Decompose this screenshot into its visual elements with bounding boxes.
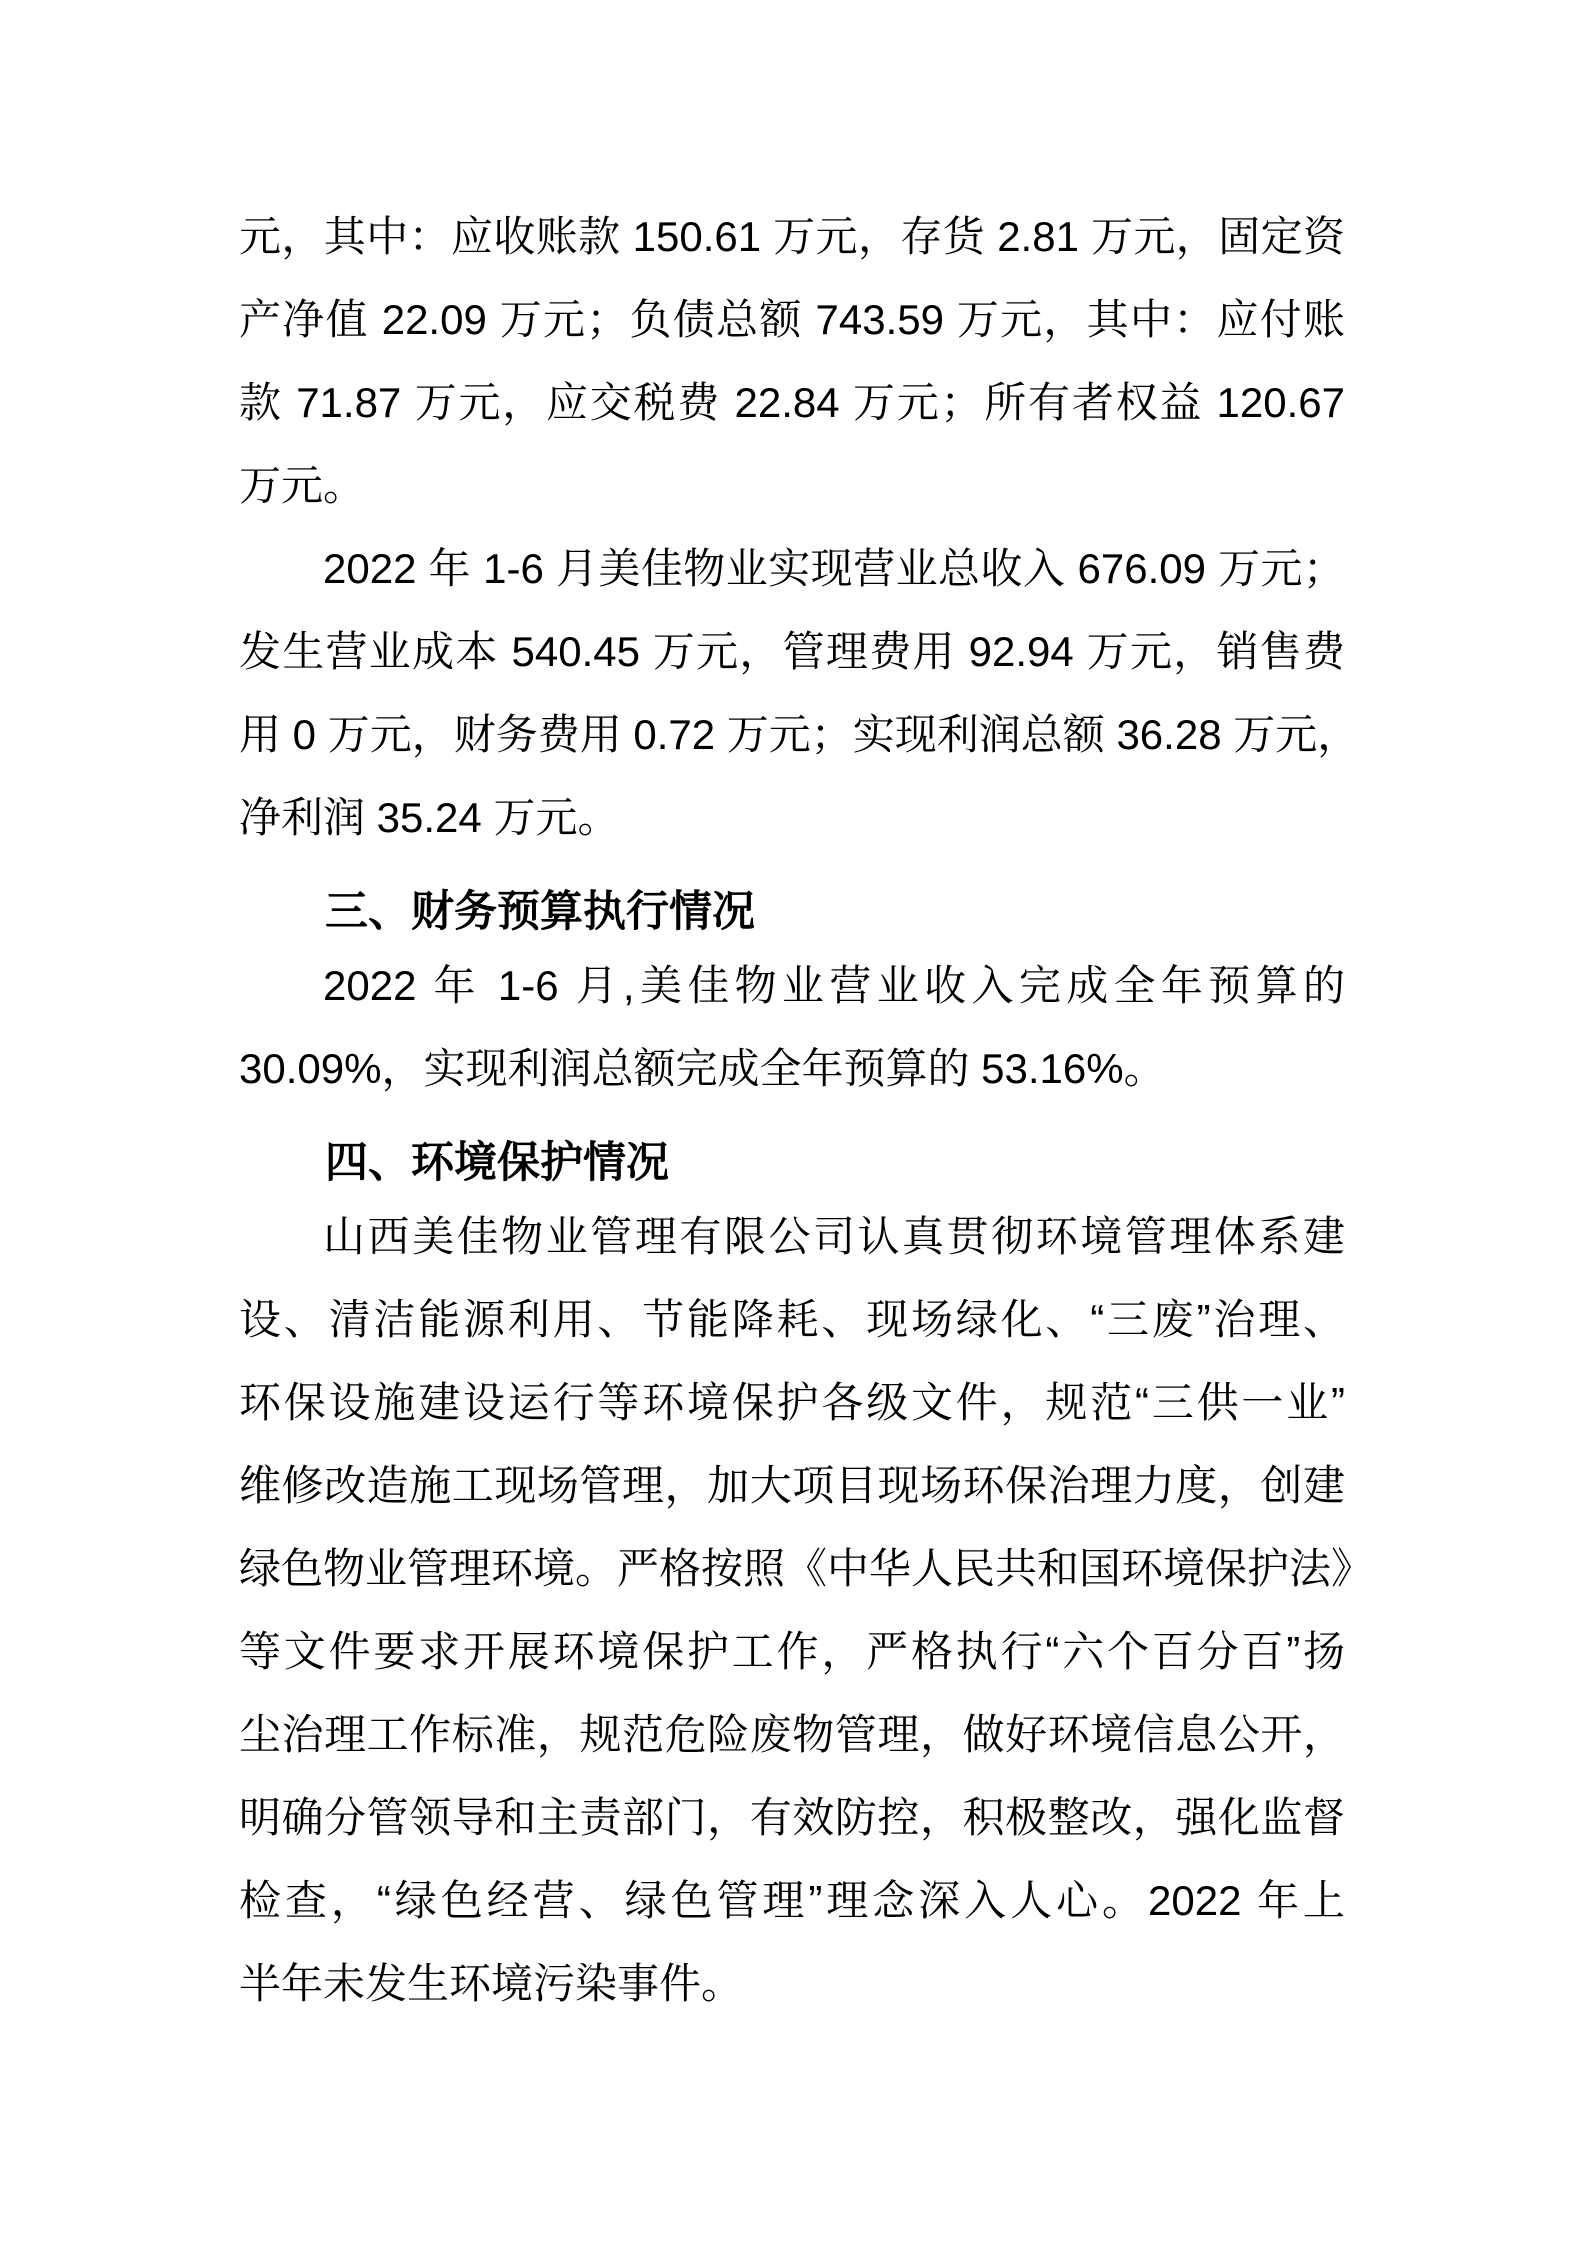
text-line: 产净值 22.09 万元；负债总额 743.59 万元，其中：应付账 xyxy=(239,278,1345,361)
text-line: 设、清洁能源利用、节能降耗、现场绿化、“三废”治理、 xyxy=(239,1278,1345,1361)
text-line: 2022 年 1-6 月美佳物业实现营业总收入 676.09 万元； xyxy=(239,527,1345,610)
text-line: 山西美佳物业管理有限公司认真贯彻环境管理体系建 xyxy=(239,1195,1345,1278)
section-heading-budget-execution: 三、财务预算执行情况 xyxy=(239,871,1345,954)
text-line: 绿色物业管理环境。严格按照《中华人民共和国环境保护法》 xyxy=(239,1527,1345,1610)
document-body: 元，其中：应收账款 150.61 万元，存货 2.81 万元，固定资 产净值 2… xyxy=(239,195,1345,2025)
text-line: 万元。 xyxy=(239,444,1345,527)
paragraph-environmental-protection: 山西美佳物业管理有限公司认真贯彻环境管理体系建 设、清洁能源利用、节能降耗、现场… xyxy=(239,1195,1345,2025)
paragraph-balance-sheet-items: 元，其中：应收账款 150.61 万元，存货 2.81 万元，固定资 产净值 2… xyxy=(239,195,1345,527)
paragraph-budget-execution: 2022 年 1-6 月,美佳物业营业收入完成全年预算的 30.09%，实现利润… xyxy=(239,944,1345,1110)
paragraph-operating-results: 2022 年 1-6 月美佳物业实现营业总收入 676.09 万元； 发生营业成… xyxy=(239,527,1345,859)
text-line: 半年未发生环境污染事件。 xyxy=(239,1942,1345,2025)
document-page: 元，其中：应收账款 150.61 万元，存货 2.81 万元，固定资 产净值 2… xyxy=(0,0,1587,2245)
text-line: 维修改造施工现场管理，加大项目现场环保治理力度，创建 xyxy=(239,1444,1345,1527)
text-line: 明确分管领导和主责部门，有效防控，积极整改，强化监督 xyxy=(239,1776,1345,1859)
text-line: 发生营业成本 540.45 万元，管理费用 92.94 万元，销售费 xyxy=(239,610,1345,693)
text-line: 30.09%，实现利润总额完成全年预算的 53.16%。 xyxy=(239,1027,1345,1110)
text-line: 等文件要求开展环境保护工作，严格执行“六个百分百”扬 xyxy=(239,1610,1345,1693)
text-line: 2022 年 1-6 月,美佳物业营业收入完成全年预算的 xyxy=(239,944,1345,1027)
text-line: 尘治理工作标准，规范危险废物管理，做好环境信息公开， xyxy=(239,1693,1345,1776)
text-line: 款 71.87 万元，应交税费 22.84 万元；所有者权益 120.67 xyxy=(239,361,1345,444)
text-line: 净利润 35.24 万元。 xyxy=(239,776,1345,859)
section-heading-environmental-protection: 四、环境保护情况 xyxy=(239,1122,1345,1205)
text-line: 元，其中：应收账款 150.61 万元，存货 2.81 万元，固定资 xyxy=(239,195,1345,278)
text-line: 用 0 万元，财务费用 0.72 万元；实现利润总额 36.28 万元， xyxy=(239,693,1345,776)
text-line: 环保设施建设运行等环境保护各级文件，规范“三供一业” xyxy=(239,1361,1345,1444)
text-line: 检查，“绿色经营、绿色管理”理念深入人心。2022 年上 xyxy=(239,1859,1345,1942)
